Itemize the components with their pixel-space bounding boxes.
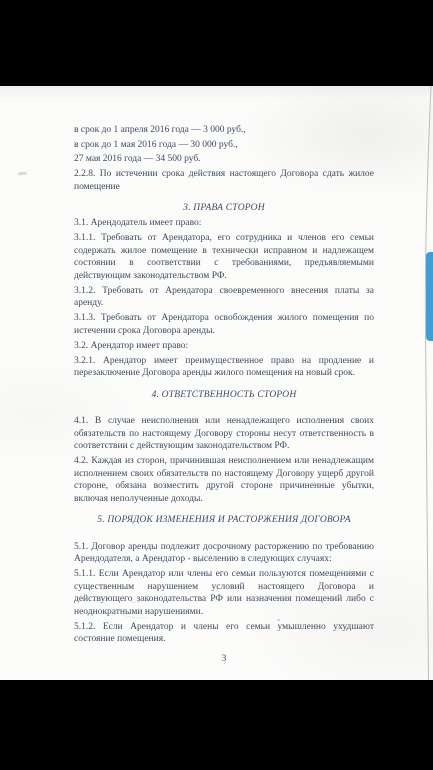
- clause-3-1-3: 3.1.3. Требовать от Арендатора освобожде…: [74, 312, 374, 337]
- margin-pencil-mark: [18, 172, 27, 176]
- clause-3-1-1: 3.1.1. Требовать от Арендатора, его сотр…: [74, 232, 374, 282]
- clause-2-2-8: 2.2.8. По истечении срока действия насто…: [74, 168, 374, 193]
- section-heading-3-prava-storon: 3. ПРАВА СТОРОН: [74, 202, 374, 215]
- clause-3-1-2: 3.1.2. Требовать от Арендатора своевреме…: [74, 285, 374, 310]
- clause-5-1: 5.1. Договор аренды подлежит досрочному …: [74, 541, 374, 566]
- clause-4-2: 4.2. Каждая из сторон, причинившая неисп…: [74, 455, 374, 505]
- clause-5-1-1: 5.1.1. Если Арендатор или члены его семь…: [74, 568, 374, 618]
- document-viewport[interactable]: в срок до 1 апреля 2016 года — 3 000 руб…: [0, 86, 433, 680]
- scan-speck: [277, 619, 280, 621]
- clause-5-1-2: 5.1.2. Если Арендатор и члены его семьи …: [74, 621, 374, 646]
- page-number: 3: [74, 653, 374, 666]
- payment-line-may-27: 27 мая 2016 года — 34 500 руб.: [74, 153, 374, 166]
- scrollbar-thumb[interactable]: [426, 252, 433, 341]
- section-heading-4-otvetstvennost: 4. ОТВЕТСТВЕННОСТЬ СТОРОН: [74, 389, 374, 402]
- clause-3-1: 3.1. Арендодатель имеет право:: [74, 217, 374, 230]
- payment-line-april: в срок до 1 апреля 2016 года — 3 000 руб…: [74, 124, 374, 137]
- phone-screen: в срок до 1 апреля 2016 года — 3 000 руб…: [0, 0, 433, 770]
- document-page: в срок до 1 апреля 2016 года — 3 000 руб…: [74, 86, 374, 665]
- clause-3-2: 3.2. Арендатор имеет право:: [74, 340, 374, 353]
- page-edge-shadow: [419, 86, 433, 680]
- bottom-black-bar: [0, 680, 433, 770]
- top-black-bar: [0, 0, 433, 86]
- section-heading-5-poryadok: 5. ПОРЯДОК ИЗМЕНЕНИЯ И РАСТОРЖЕНИЯ ДОГОВ…: [74, 514, 374, 527]
- clause-4-1: 4.1. В случае неисполнения или ненадлежа…: [74, 415, 374, 453]
- clause-3-2-1: 3.2.1. Арендатор имеет преимущественное …: [74, 355, 374, 380]
- payment-line-may: в срок до 1 мая 2016 года — 30 000 руб.,: [74, 139, 374, 152]
